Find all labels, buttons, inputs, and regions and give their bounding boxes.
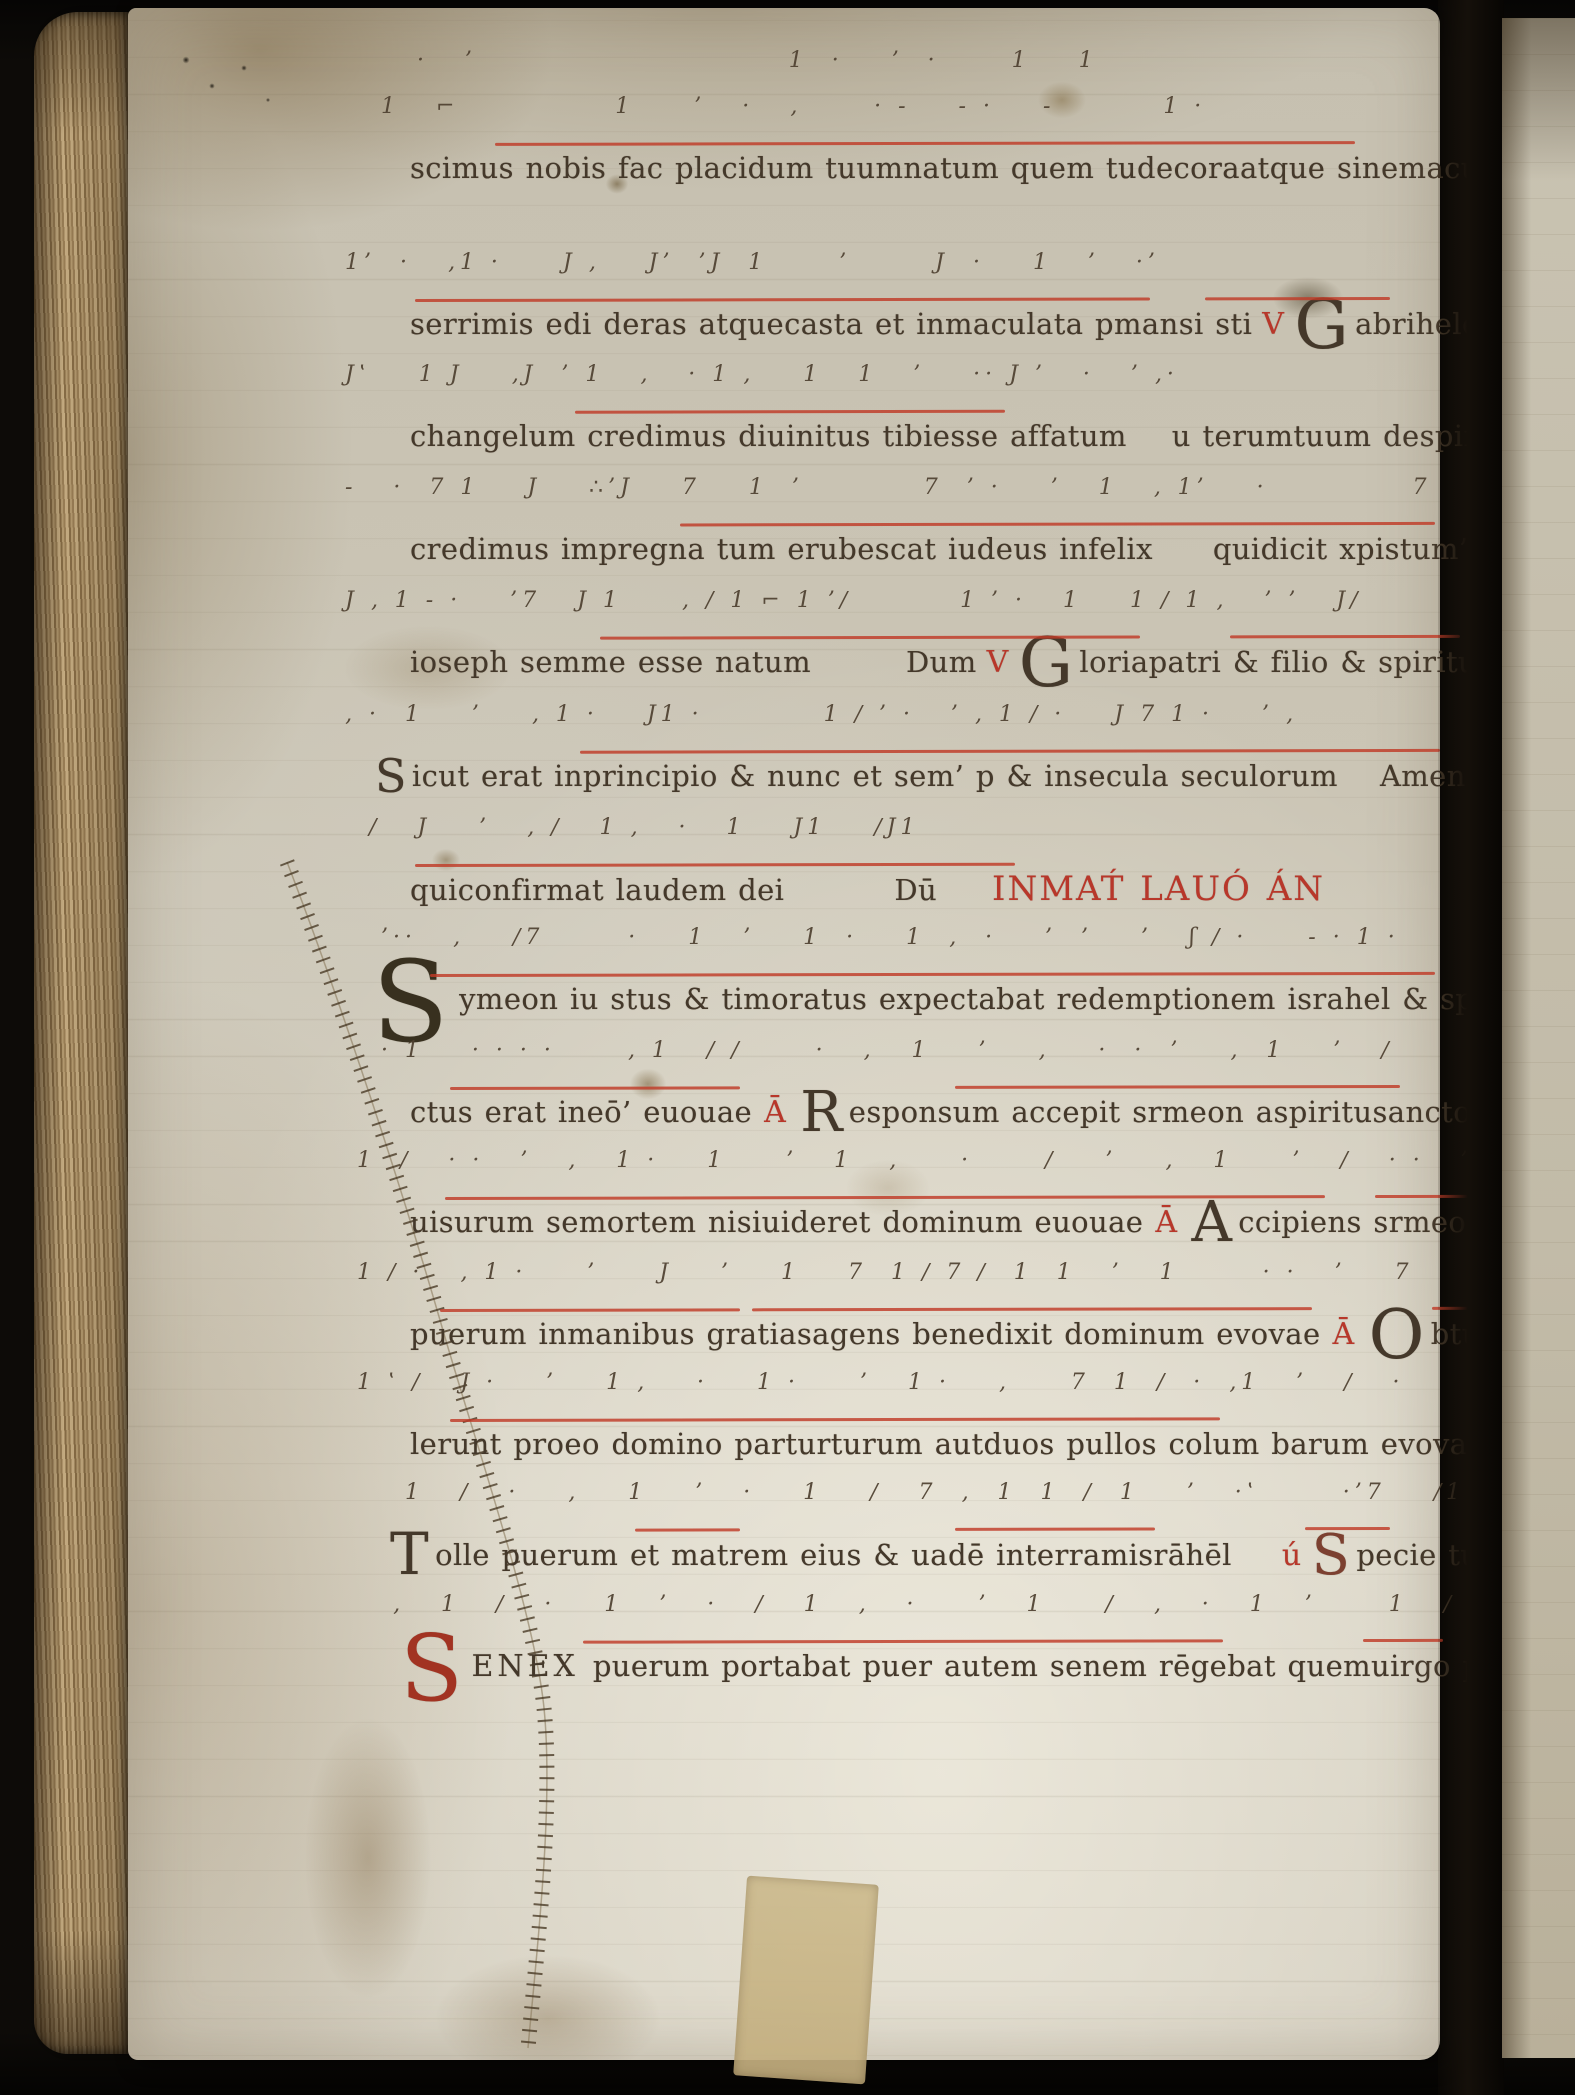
neume-row: 1’ · ‚1 · J ‚ J’ ’J 1 ’ J · 1 ’ ·’	[345, 250, 1475, 296]
text-block: · ’ 1 · ’ · 1 1 1 ⌐ 1 ’ · ‚ · - - · - 1 …	[345, 8, 1485, 2060]
red-rule	[345, 1085, 1475, 1090]
chant-line: 1 ‛ ∕ J · ’ 1 ‚ · 1 · ’ 1 · ‚ 7 1 ∕ · ‚1…	[345, 1370, 1475, 1464]
chant-line: - · 7 1 J ∴’J 7 1 ’ 7 ’ · ’ 1 ‚ 1’ · 7 c…	[345, 475, 1475, 569]
chant-text: olle puerum et matrem eius & uadē interr…	[435, 1538, 1232, 1572]
neume-row: ∕ J ’ ‚ ∕ 1 ‚ · 1 J1 ∕J1	[345, 815, 1475, 861]
neume-row: 1 ∕ · · ’ ‚ 1 · 1 ’ 1 ‚ · ∕ ’ ‚ 1 ’ ∕ · …	[345, 1148, 1475, 1194]
chant-text: puerum portabat puer autem senem rēgebat…	[593, 1649, 1499, 1683]
initial-R: R	[800, 1080, 843, 1145]
antiphon-mark: Ā	[764, 1095, 786, 1130]
chant-text: ENEX	[471, 1649, 578, 1684]
next-page-sliver	[1502, 18, 1575, 2058]
chant-line: ’·· ‚ ∕7 · 1 ’ 1 · 1 ‚ · ’ ’ ’ ʃ ∕ · - ·…	[345, 925, 1475, 1019]
chant-text: serrimis edi deras atquecasta et inmacul…	[410, 307, 1252, 341]
neume-row: ’·· ‚ ∕7 · 1 ’ 1 · 1 ‚ · ’ ’ ’ ʃ ∕ · - ·…	[345, 925, 1475, 971]
neume-row: · ’ 1 · ’ · 1 1	[345, 48, 1475, 94]
chant-text: lerunt proeo domino parturturum autduos …	[410, 1427, 1485, 1461]
chant-line: J‛ 1 J ‚J ’ 1 ‚ · 1 ‚ 1 1 ’ ·· J ’ · ’ ‚…	[345, 362, 1475, 456]
chant-line: ‚ 1 ∕ · 1 ’ · ∕ 1 ‚ · ’ 1 ∕ ‚ · 1 ’ 1 ∕ …	[345, 1592, 1475, 1687]
red-rule	[345, 1307, 1475, 1312]
neume-row: ‚ 1 ∕ · 1 ’ · ∕ 1 ‚ · ’ 1 ∕ ‚ · 1 ’ 1 ∕ …	[345, 1592, 1475, 1638]
versus-mark: ú	[1282, 1538, 1302, 1573]
chant-line: 1 ∕ · ‚ 1 ’ · 1 ∕ 7 ‚ 1 1 ∕ 1 ’ ·‛ ·’7 ∕…	[345, 1480, 1475, 1576]
neume-row: ‚ · 1 ’ ‚ 1 · J1 · 1 ∕ ’ · ’ ‚ 1 ∕ · J 7…	[345, 702, 1475, 748]
antiphon-mark: Ā	[1155, 1205, 1177, 1240]
manuscript-photo: · ’ 1 · ’ · 1 1 1 ⌐ 1 ’ · ‚ · - - · - 1 …	[0, 0, 1575, 2095]
chant-line: ‚ · 1 ’ ‚ 1 · J1 · 1 ∕ ’ · ’ ‚ 1 ∕ · J 7…	[345, 702, 1475, 796]
chant-text: credimus impregna tum erubescat iudeus i…	[410, 532, 1153, 566]
red-rule	[345, 1195, 1475, 1200]
chant-text: changelum credimus diuinitus tibiesse af…	[410, 419, 1127, 453]
neume-row: - · 7 1 J ∴’J 7 1 ’ 7 ’ · ’ 1 ‚ 1’ · 7	[345, 475, 1475, 521]
initial-S: S	[1312, 1523, 1351, 1588]
red-rule	[345, 1527, 1475, 1532]
initial-S: S	[375, 749, 407, 803]
antiphon-mark: Ā	[1333, 1317, 1355, 1352]
rubric: INMAT́ LAUÓ ÁN	[992, 869, 1325, 909]
red-rule	[345, 749, 1475, 754]
red-rule	[345, 1639, 1475, 1644]
chant-text: icut erat inprincipio & nunc et sem’ p &…	[412, 759, 1338, 793]
versus-mark: V	[987, 645, 1009, 680]
chant-text: ioseph semme esse natum	[410, 645, 811, 679]
initial-A: A	[1191, 1190, 1232, 1255]
chant-text: uisurum semortem nisiuideret dominum euo…	[410, 1205, 1143, 1239]
chant-text: Dum	[906, 645, 977, 679]
chant-line: ∕ J ’ ‚ ∕ 1 ‚ · 1 J1 ∕J1 quiconfirmat la…	[345, 815, 1475, 910]
neume-row: 1 ∕ · ‚ 1 · ’ J ’ 1 7 1 ∕ 7 ∕ 1 1 ’ 1 · …	[345, 1260, 1475, 1306]
neume-row: J‛ 1 J ‚J ’ 1 ‚ · 1 ‚ 1 1 ’ ·· J ’ · ’ ‚…	[345, 362, 1475, 408]
chant-line: · ’ 1 · ’ · 1 1 1 ⌐ 1 ’ · ‚ · - - · - 1 …	[345, 48, 1475, 188]
chant-line: J ‚ 1 - · ’7 J 1 ‚ ∕ 1 ⌐ 1 ’∕ 1 ’ · 1 1 …	[345, 588, 1475, 683]
book-fore-edge	[34, 12, 134, 2054]
chant-text: ctus erat ineō’ euouae	[410, 1095, 752, 1129]
red-rule	[345, 141, 1475, 146]
red-rule	[345, 635, 1475, 640]
chant-text: esponsum accepit srmeon aspiritusancto n…	[849, 1095, 1539, 1129]
page-gutter-shadow	[1438, 0, 1504, 2095]
red-rule	[345, 972, 1475, 977]
neume-row: 1 ∕ · ‚ 1 ’ · 1 ∕ 7 ‚ 1 1 ∕ 1 ’ ·‛ ·’7 ∕…	[345, 1480, 1475, 1526]
red-rule	[345, 1417, 1475, 1422]
chant-line: · 1 · · · · ‚ 1 ∕ ∕ · ‚ 1 ’ ‚ · · ’ ‚ 1 …	[345, 1038, 1475, 1133]
chant-text: Dū	[894, 873, 937, 907]
red-rule	[345, 409, 1475, 414]
chant-text: puerum inmanibus gratiasagens benedixit …	[410, 1317, 1321, 1351]
red-rule	[345, 522, 1475, 527]
chant-line: 1’ · ‚1 · J ‚ J’ ’J 1 ’ J · 1 ’ ·’ serri…	[345, 250, 1475, 345]
versus-mark: V	[1262, 307, 1284, 342]
neume-row: J ‚ 1 - · ’7 J 1 ‚ ∕ 1 ⌐ 1 ’∕ 1 ’ · 1 1 …	[345, 588, 1475, 634]
chant-text: scimus nobis fac placidum tuumnatum quem…	[410, 151, 1575, 185]
chant-line: 1 ∕ · · ’ ‚ 1 · 1 ’ 1 ‚ · ∕ ’ ‚ 1 ’ ∕ · …	[345, 1148, 1475, 1243]
neume-row: · 1 · · · · ‚ 1 ∕ ∕ · ‚ 1 ’ ‚ · · ’ ‚ 1 …	[345, 1038, 1475, 1084]
neume-row: 1 ⌐ 1 ’ · ‚ · - - · - 1 ·	[345, 94, 1475, 140]
chant-text: quiconfirmat laudem dei	[410, 873, 784, 907]
neume-row: 1 ‛ ∕ J · ’ 1 ‚ · 1 · ’ 1 · ‚ 7 1 ∕ · ‚1…	[345, 1370, 1475, 1416]
manuscript-page: · ’ 1 · ’ · 1 1 1 ⌐ 1 ’ · ‚ · - - · - 1 …	[128, 8, 1440, 2060]
chant-line: 1 ∕ · ‚ 1 · ’ J ’ 1 7 1 ∕ 7 ∕ 1 1 ’ 1 · …	[345, 1260, 1475, 1355]
red-rule	[345, 862, 1475, 867]
chant-text: ymeon iu stus & timoratus expectabat red…	[459, 982, 1575, 1016]
